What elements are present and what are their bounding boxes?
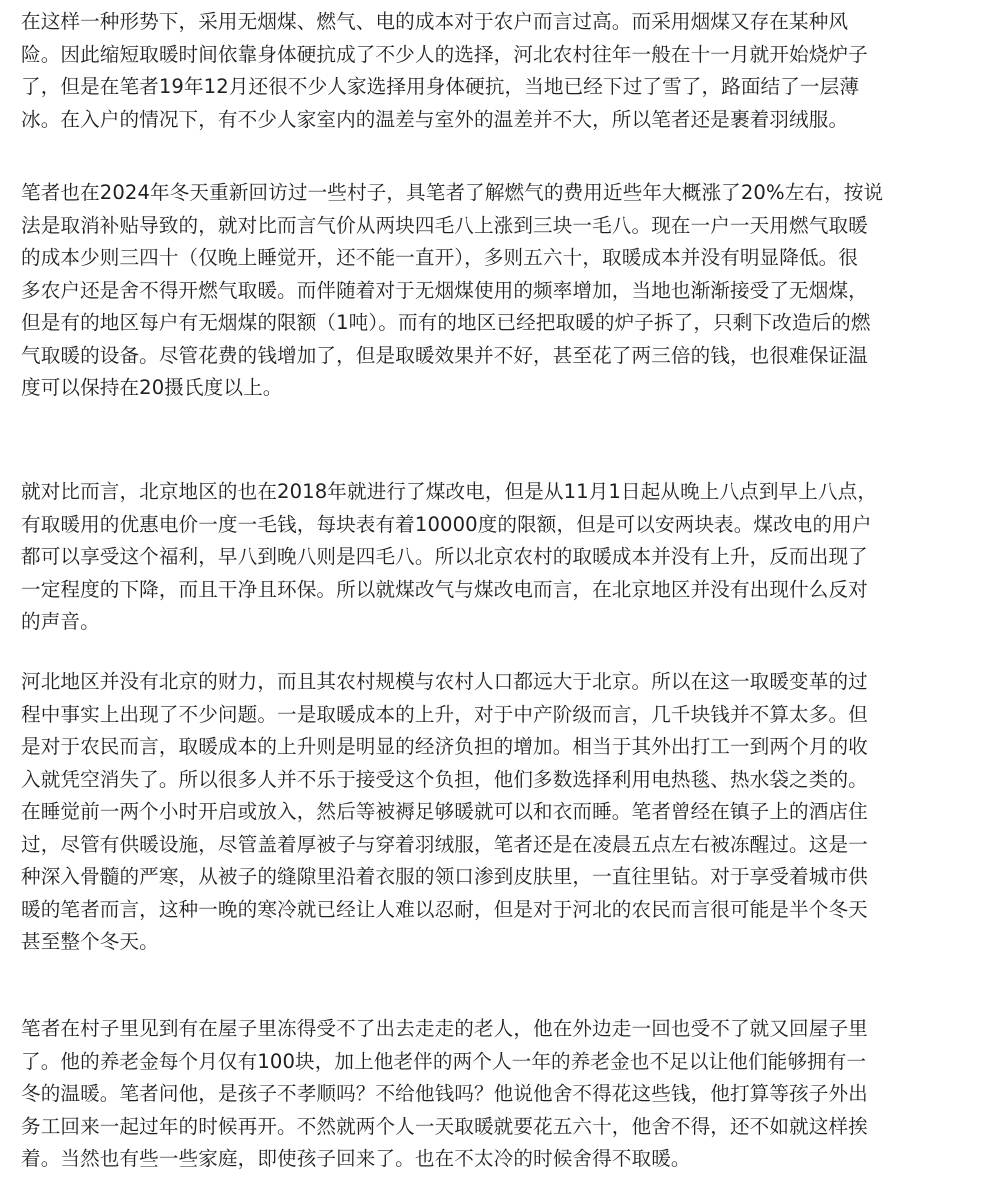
text-line: 过，尽管有供暖设施，尽管盖着厚被子与穿着羽绒服，笔者还是在凌晨五点左右被冻醒过。… [21, 829, 981, 862]
text-line: 甚至整个冬天。 [21, 926, 981, 959]
text-line: 暖的笔者而言，这种一晚的寒冷就已经让人难以忍耐，但是对于河北的农民而言很可能是半… [21, 894, 981, 927]
text-line: 有取暖用的优惠电价一度一毛钱，每块表有着10000度的限额，但是可以安两块表。煤… [21, 509, 981, 542]
text-line: 度可以保持在20摄氏度以上。 [21, 372, 981, 405]
text-line: 程中事实上出现了不少问题。一是取暖成本的上升，对于中产阶级而言，几千块钱并不算太… [21, 699, 981, 732]
paragraph-hebei-problems: 河北地区并没有北京的财力，而且其农村规模与农村人口都远大于北京。所以在这一取暖变… [21, 666, 981, 959]
paragraph-elderly-villager: 笔者在村子里见到有在屋子里冻得受不了出去走走的老人，他在外边走一回也受不了就又回… [21, 1013, 981, 1176]
paragraph-2024-revisit: 笔者也在2024年冬天重新回访过一些村子，具笔者了解燃气的费用近些年大概涨了20… [21, 177, 981, 405]
text-line: 冰。在入户的情况下，有不少人家室内的温差与室外的温差并不大，所以笔者还是裹着羽绒… [21, 104, 981, 137]
text-line: 种深入骨髓的严寒，从被子的缝隙里沿着衣服的领口渗到皮肤里，一直往里钻。对于享受着… [21, 861, 981, 894]
text-line: 的声音。 [21, 606, 981, 639]
text-line: 着。当然也有些一些家庭，即使孩子回来了。也在不太冷的时候舍得不取暖。 [21, 1143, 981, 1176]
text-line: 法是取消补贴导致的，就对比而言气价从两块四毛八上涨到三块一毛八。现在一户一天用燃… [21, 210, 981, 243]
text-line: 了，但是在笔者19年12月还很不少人家选择用身体硬抗，当地已经下过了雪了，路面结… [21, 71, 981, 104]
text-line: 的成本少则三四十（仅晚上睡觉开，还不能一直开），多则五六十，取暖成本并没有明显降… [21, 242, 981, 275]
text-line: 但是有的地区每户有无烟煤的限额（1吨）。而有的地区已经把取暖的炉子拆了，只剩下改… [21, 307, 981, 340]
text-line: 一定程度的下降，而且干净且环保。所以就煤改气与煤改电而言，在北京地区并没有出现什… [21, 574, 981, 607]
text-line: 河北地区并没有北京的财力，而且其农村规模与农村人口都远大于北京。所以在这一取暖变… [21, 666, 981, 699]
text-line: 了。他的养老金每个月仅有100块，加上他老伴的两个人一年的养老金也不足以让他们能… [21, 1046, 981, 1079]
text-line: 是对于农民而言，取暖成本的上升则是明显的经济负担的增加。相当于其外出打工一到两个… [21, 731, 981, 764]
text-line: 笔者也在2024年冬天重新回访过一些村子，具笔者了解燃气的费用近些年大概涨了20… [21, 177, 981, 210]
text-line: 入就凭空消失了。所以很多人并不乐于接受这个负担，他们多数选择利用电热毯、热水袋之… [21, 764, 981, 797]
text-line: 都可以享受这个福利，早八到晚八则是四毛八。所以北京农村的取暖成本并没有上升，反而… [21, 541, 981, 574]
text-line: 就对比而言，北京地区的也在2018年就进行了煤改电，但是从11月1日起从晚上八点… [21, 476, 981, 509]
text-line: 险。因此缩短取暖时间依靠身体硬抗成了不少人的选择，河北农村往年一般在十一月就开始… [21, 39, 981, 72]
text-line: 气取暖的设备。尽管花费的钱增加了，但是取暖效果并不好，甚至花了两三倍的钱，也很难… [21, 340, 981, 373]
text-line: 冬的温暖。笔者问他，是孩子不孝顺吗？不给他钱吗？他说他舍不得花这些钱，他打算等孩… [21, 1078, 981, 1111]
text-line: 在这样一种形势下，采用无烟煤、燃气、电的成本对于农户而言过高。而采用烟煤又存在某… [21, 6, 981, 39]
text-line: 笔者在村子里见到有在屋子里冻得受不了出去走走的老人，他在外边走一回也受不了就又回… [21, 1013, 981, 1046]
article-body: 在这样一种形势下，采用无烟煤、燃气、电的成本对于农户而言过高。而采用烟煤又存在某… [0, 0, 991, 1199]
paragraph-beijing-comparison: 就对比而言，北京地区的也在2018年就进行了煤改电，但是从11月1日起从晚上八点… [21, 476, 981, 639]
text-line: 多农户还是舍不得开燃气取暖。而伴随着对于无烟煤使用的频率增加，当地也渐渐接受了无… [21, 275, 981, 308]
paragraph-heating-cost-risk: 在这样一种形势下，采用无烟煤、燃气、电的成本对于农户而言过高。而采用烟煤又存在某… [21, 6, 981, 136]
text-line: 务工回来一起过年的时候再开。不然就两个人一天取暖就要花五六十，他舍不得，还不如就… [21, 1111, 981, 1144]
text-line: 在睡觉前一两个小时开启或放入，然后等被褥足够暖就可以和衣而睡。笔者曾经在镇子上的… [21, 796, 981, 829]
